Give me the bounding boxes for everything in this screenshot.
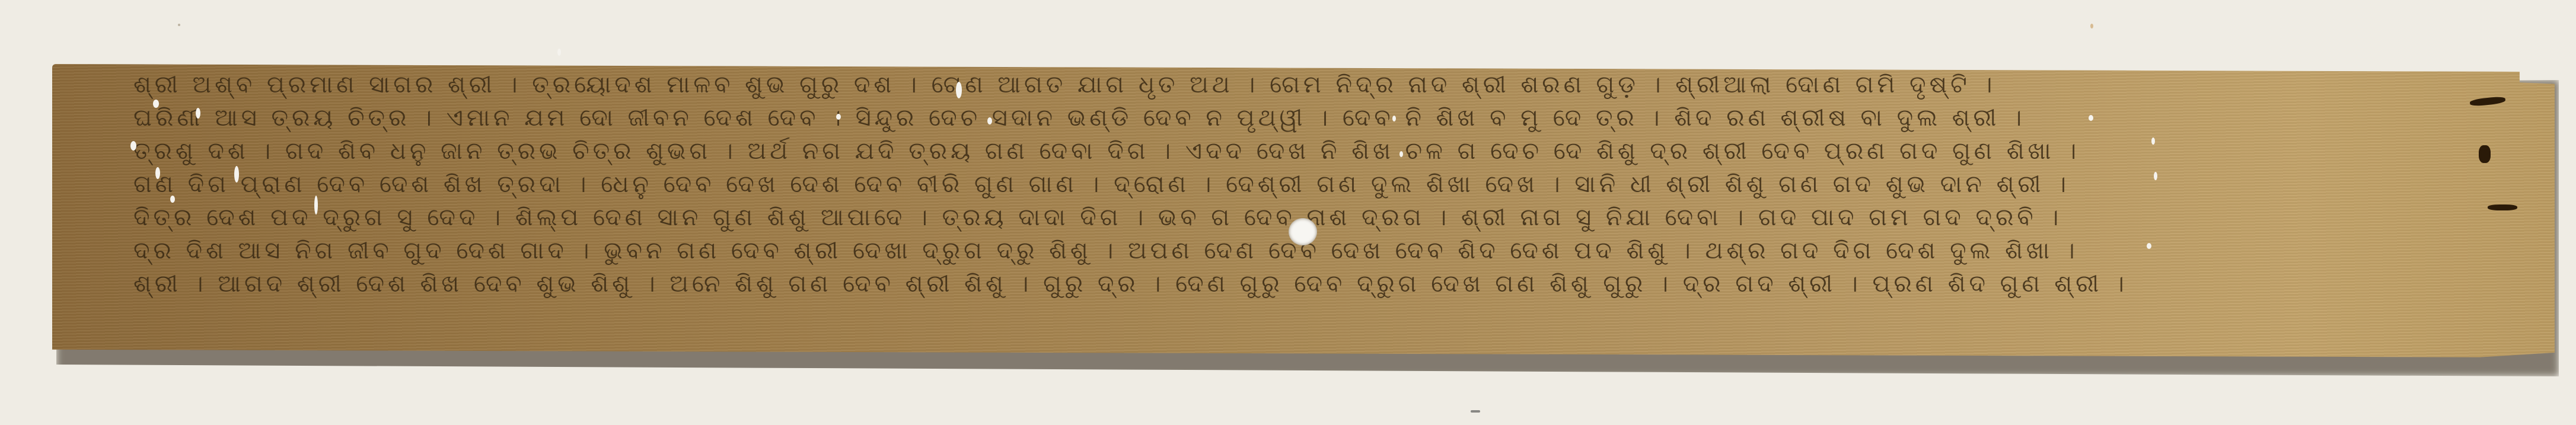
worm-hole [170,196,175,203]
worm-damage [2479,145,2491,163]
text-line: ଘରିଣୀ ଆସ ତ୍ରୟ ଚିତ୍ର । ଏମାନ ଯମ ଦୋ ଜୀବନ ଦେ… [133,101,2476,135]
worm-hole [2147,243,2151,249]
worm-hole [234,166,239,183]
text-line: ଶ୍ରୀ ଅଶ୍ବ ପ୍ରମାଣ ସାଗର ଶ୍ରୀ । ତ୍ରୟୋଦଶ ମାଳ… [133,68,2476,101]
string-hole [1289,218,1317,245]
worm-damage [2488,204,2517,210]
worm-hole [1392,116,1396,122]
text-line: ତ୍ରଶୁ ଦଶ । ଗଦ ଶିବ ଧନୁ ଜାନ ତ୍ରଭ ଚିତ୍ର ଶୁଭ… [133,135,2476,168]
worm-hole [987,117,992,124]
worm-hole [956,82,962,98]
worm-hole [155,167,160,179]
worm-hole [2089,115,2093,121]
worm-hole [836,114,841,120]
worm-hole [2151,138,2155,145]
worm-hole [557,49,561,56]
worm-hole [314,196,318,215]
text-line: ଶ୍ରୀ । ଆଗଦ ଶ୍ରୀ ଦେଶ ଶିଖ ଦେବ ଶୁଭ ଶିଶୁ । ଅ… [133,267,2476,301]
worm-hole [130,141,136,151]
worm-hole [2154,172,2157,180]
worm-hole [153,100,159,108]
worm-hole [196,108,200,119]
text-line: ଗଣ ଦିଗ ପ୍ରାଣ ଦେବ ଦେଶ ଶିଖ ତ୍ରଦା । ଧେନୁ ଦେ… [133,168,2476,201]
manuscript-text: ଶ୍ରୀ ଅଶ୍ବ ପ୍ରମାଣ ସାଗର ଶ୍ରୀ । ତ୍ରୟୋଦଶ ମାଳ… [133,68,2476,301]
worm-hole [1399,151,1403,157]
